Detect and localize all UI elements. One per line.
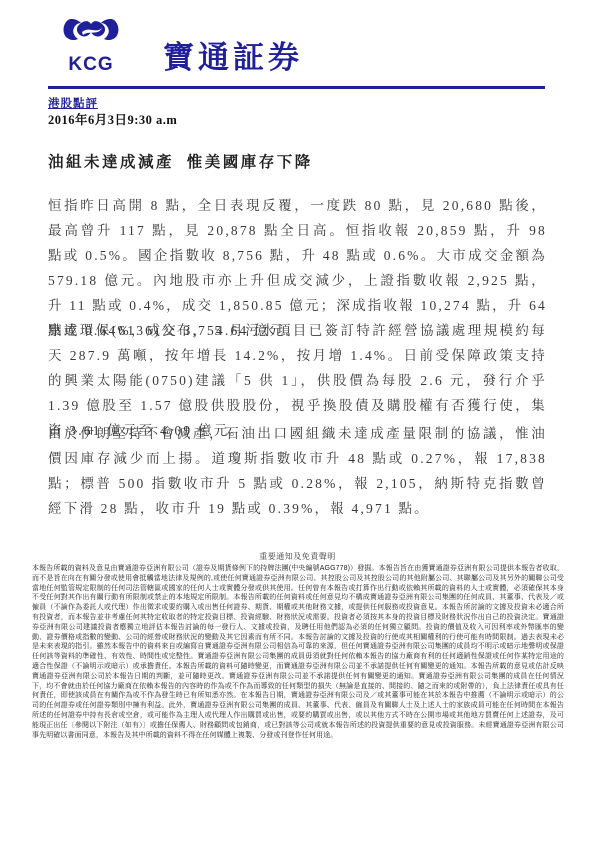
section-label: 港股點評	[48, 95, 98, 111]
article-paragraph-overseas-markets: 由於伊朗堅持不會減產，石油出口國組織未達成產量限制的協議，惟油價因庫存減少而上揚…	[48, 421, 547, 521]
report-datetime: 2016年6月3日9:30 a.m	[48, 110, 177, 128]
disclaimer-heading: 重要通知及免責聲明	[0, 551, 595, 562]
disclaimer-body: 本報告所載的資料及意見由寶通證券亞洲有限公司（證券及期貨條例下的持牌法團(中央編…	[32, 564, 564, 740]
article-title: 油組未達成減產 惟美國庫存下降	[48, 150, 547, 172]
header-divider	[48, 86, 545, 89]
report-page: KCG 寶通証券 港股點評 2016年6月3日9:30 a.m 油組未達成減產 …	[0, 0, 595, 842]
company-name: 寶通証券	[163, 32, 303, 77]
kcg-logo-text: KCG	[60, 54, 122, 76]
kcg-logo: KCG	[60, 16, 122, 76]
kcg-logo-icon	[62, 16, 120, 56]
